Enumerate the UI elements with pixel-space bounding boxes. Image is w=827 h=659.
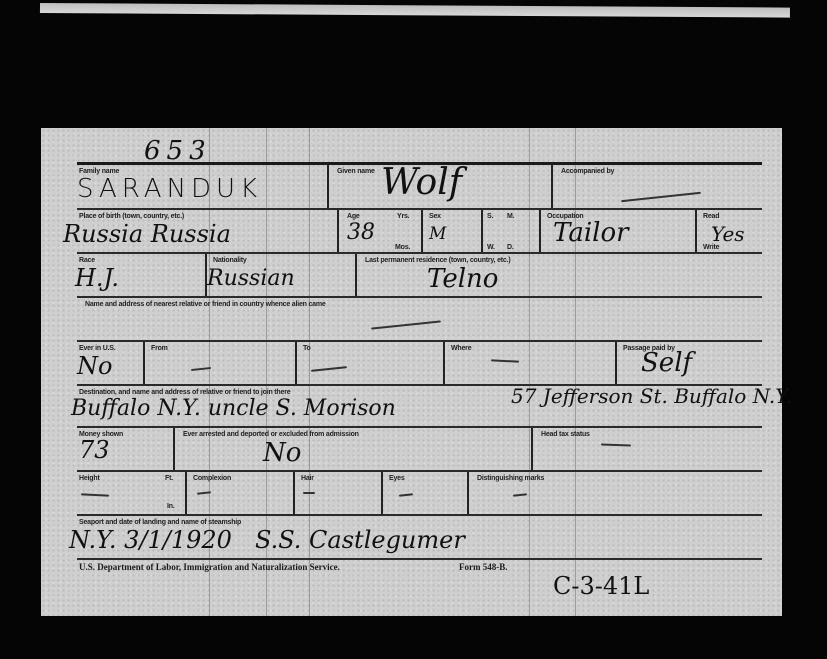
- cell-divider: [143, 342, 145, 384]
- marital-d-label: D.: [507, 244, 514, 251]
- row-rule: [77, 296, 762, 298]
- race-label: Race: [79, 257, 95, 264]
- family-name-value: SARANDUK: [77, 174, 262, 204]
- row-rule: [77, 470, 762, 472]
- destination-address-value: 57 Jefferson St. Buffalo N.Y.: [511, 384, 792, 408]
- where-blank: [491, 359, 519, 362]
- sex-label: Sex: [429, 213, 441, 220]
- ever-arrested-value: No: [263, 438, 301, 468]
- destination-label: Destination, and name and address of rel…: [79, 389, 290, 396]
- given-name-label: Given name: [337, 168, 375, 175]
- sex-value: M: [429, 224, 446, 244]
- complexion-label: Complexion: [193, 475, 231, 482]
- cell-divider: [293, 472, 295, 514]
- to-label: To: [303, 345, 311, 352]
- row-rule: [77, 340, 762, 342]
- department-footer: U.S. Department of Labor, Immigration an…: [79, 562, 340, 572]
- cell-divider: [381, 472, 383, 514]
- cell-divider: [185, 472, 187, 514]
- destination-value: Buffalo N.Y. uncle S. Morison: [71, 396, 396, 421]
- yrs-label: Yrs.: [397, 213, 409, 220]
- cell-divider: [443, 342, 445, 384]
- cell-divider: [531, 428, 533, 470]
- cell-divider: [551, 164, 553, 208]
- passage-paid-by-value: Self: [641, 348, 692, 378]
- row-rule: [77, 426, 762, 428]
- marital-s-label: S.: [487, 213, 493, 220]
- age-label: Age: [347, 213, 360, 220]
- hair-blank: [303, 492, 315, 494]
- accompanied-by-label: Accompanied by: [561, 168, 614, 175]
- cell-divider: [355, 254, 357, 296]
- accompanied-by-blank: [621, 192, 701, 202]
- cell-divider: [173, 428, 175, 470]
- where-label: Where: [451, 345, 471, 352]
- cell-divider: [421, 210, 423, 252]
- ft-label: Ft.: [165, 475, 173, 482]
- last-residence-label: Last permanent residence (town, country,…: [365, 257, 510, 264]
- file-code: C-3-41L: [553, 572, 649, 600]
- given-name-value: Wolf: [381, 162, 462, 203]
- height-label: Height: [79, 475, 100, 482]
- last-residence-value: Telno: [427, 264, 498, 294]
- head-tax-label: Head tax status: [541, 431, 590, 438]
- seaport-value: N.Y. 3/1/1920: [69, 526, 232, 554]
- occupation-value: Tailor: [553, 218, 629, 248]
- cell-divider: [337, 210, 339, 252]
- eyes-blank: [399, 493, 413, 496]
- cell-divider: [295, 342, 297, 384]
- cell-divider: [539, 210, 541, 252]
- row-rule: [77, 252, 762, 254]
- cell-divider: [481, 210, 483, 252]
- from-label: From: [151, 345, 168, 352]
- in-label: In.: [167, 503, 175, 510]
- hair-label: Hair: [301, 475, 314, 482]
- height-blank: [81, 493, 109, 496]
- place-of-birth-value: Russia Russia: [63, 220, 231, 248]
- film-scratch: [575, 128, 576, 616]
- row-rule: [77, 558, 762, 560]
- head-tax-blank: [601, 443, 631, 446]
- read-label: Read: [703, 213, 719, 220]
- nearest-relative-label: Name and address of nearest relative or …: [85, 301, 326, 308]
- nearest-relative-blank: [371, 320, 441, 329]
- eyes-label: Eyes: [389, 475, 405, 482]
- nationality-value: Russian: [207, 266, 295, 291]
- cell-divider: [467, 472, 469, 514]
- film-scratch: [529, 128, 530, 616]
- seaport-label: Seaport and date of landing and name of …: [79, 519, 241, 526]
- money-shown-value: 73: [79, 436, 110, 464]
- cell-divider: [615, 342, 617, 384]
- row-rule: [77, 514, 762, 516]
- form-number: Form 548-B.: [459, 562, 508, 572]
- race-value: H.J.: [75, 264, 119, 292]
- cell-divider: [327, 164, 329, 208]
- ever-arrested-label: Ever arrested and deported or excluded f…: [183, 431, 359, 438]
- write-label: Write: [703, 244, 719, 251]
- ever-in-us-value: No: [77, 352, 112, 380]
- distinguishing-marks-blank: [513, 493, 527, 496]
- read-write-value: Yes: [711, 222, 745, 246]
- ever-in-us-label: Ever in U.S.: [79, 345, 116, 352]
- to-blank: [311, 366, 347, 372]
- row-rule: [77, 208, 762, 210]
- cell-divider: [695, 210, 697, 252]
- immigration-record-card: 653 Family name SARANDUK Given name Wolf…: [41, 128, 782, 616]
- steamship-value: S.S. Castlegumer: [255, 526, 465, 554]
- nationality-label: Nationality: [213, 257, 247, 264]
- film-strip-edge: [40, 3, 790, 18]
- marital-m-label: M.: [507, 213, 514, 220]
- marital-w-label: W.: [487, 244, 495, 251]
- age-value: 38: [347, 220, 375, 245]
- place-of-birth-label: Place of birth (town, country, etc.): [79, 213, 184, 220]
- distinguishing-marks-label: Distinguishing marks: [477, 475, 544, 482]
- mos-label: Mos.: [395, 244, 410, 251]
